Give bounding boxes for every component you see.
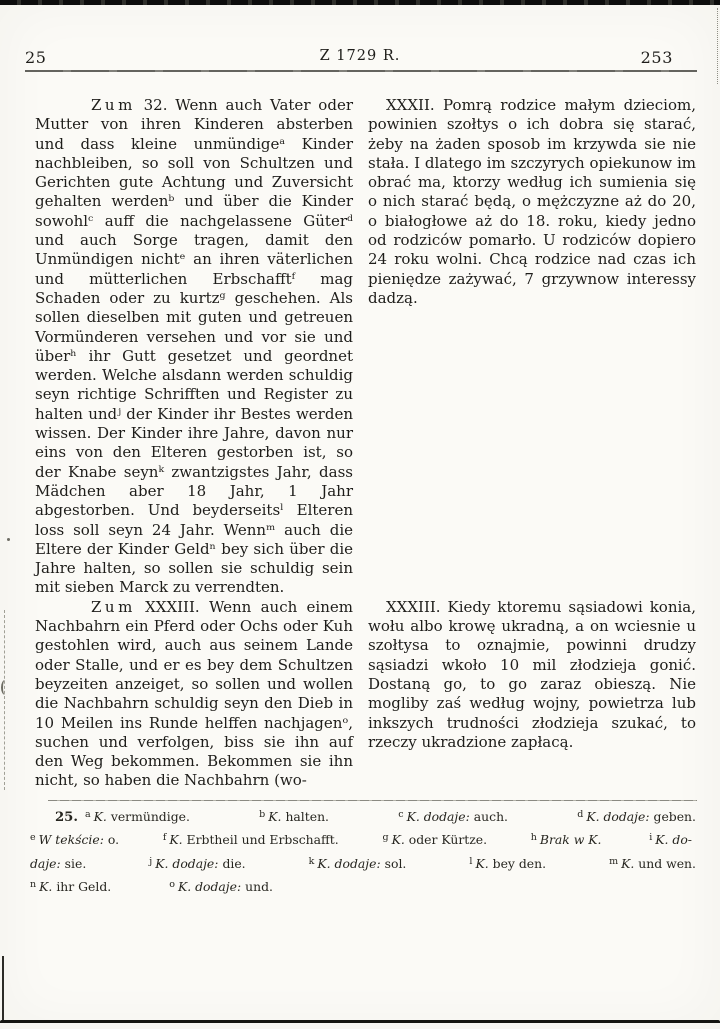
footnote-l: lK.bey den. bbox=[469, 853, 546, 876]
german-paragraph-33: Zum XXXIII. Wenn auch einem Nachbahrn ei… bbox=[35, 598, 353, 791]
footnote-marker-n: n bbox=[30, 879, 36, 890]
footnote-a: aK.vermündige. bbox=[85, 809, 190, 824]
polish-paragraph-32: XXXII. Pomrą rodzice małym dzieciom, pow… bbox=[368, 96, 696, 598]
footnote-g: gK.oder Kürtze. bbox=[382, 829, 487, 852]
footnote-marker-h: h bbox=[531, 832, 537, 843]
footnote-marker-g: g bbox=[382, 832, 388, 843]
page-header: 25 Z 1729 R. 253 bbox=[25, 48, 697, 68]
footnote-marker-c: c bbox=[398, 809, 403, 820]
german-paragraph-32-lead: Zum bbox=[91, 96, 136, 114]
footnote-d: dK. dodaje:geben. bbox=[577, 806, 696, 829]
footnote-j: jK. dodaje:die. bbox=[149, 853, 245, 876]
footnote-marker-i: i bbox=[649, 832, 652, 843]
header-rule bbox=[25, 70, 697, 72]
running-title: Z 1729 R. bbox=[0, 48, 720, 64]
scanned-book-page: 25 Z 1729 R. 253 Zum 32. Wenn auch Vater… bbox=[0, 0, 720, 1029]
footnote-marker-d: d bbox=[577, 809, 583, 820]
german-paragraph-32: Zum 32. Wenn auch Vater oder Mutter von … bbox=[35, 96, 353, 598]
footnote-b: bK.halten. bbox=[259, 806, 329, 829]
scan-edge-bottom bbox=[0, 1020, 720, 1023]
footnote-section-ref: 25. bbox=[55, 810, 78, 825]
german-paragraph-33-lead: Zum bbox=[91, 598, 136, 616]
footnote-marker-j: j bbox=[149, 856, 152, 867]
footnote-marker-e: e bbox=[30, 832, 36, 843]
polish-paragraph-33: XXXIII. Kiedy ktoremu sąsiadowi konia, w… bbox=[368, 598, 696, 791]
footnote-n: nK.ihr Geld. bbox=[30, 876, 111, 899]
footnote-ref-group: 25.aK.vermündige. bbox=[55, 806, 190, 829]
text-columns: Zum 32. Wenn auch Vater oder Mutter von … bbox=[35, 96, 696, 791]
footnote-c: cK. dodaje:auch. bbox=[398, 806, 508, 829]
footnote-line-4: nK.ihr Geld. oK. dodaje:und. bbox=[30, 876, 696, 899]
footnote-f: fK.Erbtheil und Erbschafft. bbox=[163, 829, 339, 852]
footnote-marker-k: k bbox=[309, 856, 315, 867]
footnote-marker-l: l bbox=[469, 856, 472, 867]
footnote-marker-f: f bbox=[163, 832, 167, 843]
footnote-marker-m: m bbox=[609, 856, 618, 867]
scan-artifact-left-dashes bbox=[4, 610, 5, 790]
footnote-k: kK. dodaje:sol. bbox=[309, 853, 407, 876]
german-paragraph-33-text: XXXIII. Wenn auch einem Nachbahrn ein Pf… bbox=[35, 598, 353, 790]
footnote-e: eW tekście:o. bbox=[30, 829, 119, 852]
footnote-line-2: eW tekście:o. fK.Erbtheil und Erbschafft… bbox=[30, 829, 696, 852]
footnote-separator-rule bbox=[48, 800, 697, 801]
footnote-marker-a: a bbox=[85, 809, 91, 820]
footnote-marker-o: o bbox=[169, 879, 175, 890]
footnote-i: iK. do- bbox=[649, 829, 696, 852]
footnote-i-continuation: daje:sie. bbox=[30, 853, 86, 876]
scan-edge-top bbox=[0, 0, 720, 5]
footnotes: 25.aK.vermündige. bK.halten. cK. dodaje:… bbox=[30, 806, 696, 900]
scan-artifact-dot bbox=[7, 538, 10, 541]
footnote-h: hBrak w K. bbox=[531, 829, 606, 852]
footnote-line-1: 25.aK.vermündige. bK.halten. cK. dodaje:… bbox=[30, 806, 696, 829]
scan-artifact-right-dots bbox=[717, 8, 718, 84]
page-content: 25 Z 1729 R. 253 Zum 32. Wenn auch Vater… bbox=[0, 0, 720, 899]
footnote-o: oK. dodaje:und. bbox=[169, 876, 273, 899]
footnote-line-3: daje:sie. jK. dodaje:die. kK. dodaje:sol… bbox=[30, 853, 696, 876]
footnote-marker-b: b bbox=[259, 809, 265, 820]
german-paragraph-32-text: 32. Wenn auch Vater oder Mutter von ihre… bbox=[35, 96, 353, 596]
scan-artifact-paren-mark bbox=[1, 680, 9, 695]
scan-artifact-left-tick bbox=[2, 956, 4, 1020]
footnote-m: mK.und wen. bbox=[609, 853, 696, 876]
